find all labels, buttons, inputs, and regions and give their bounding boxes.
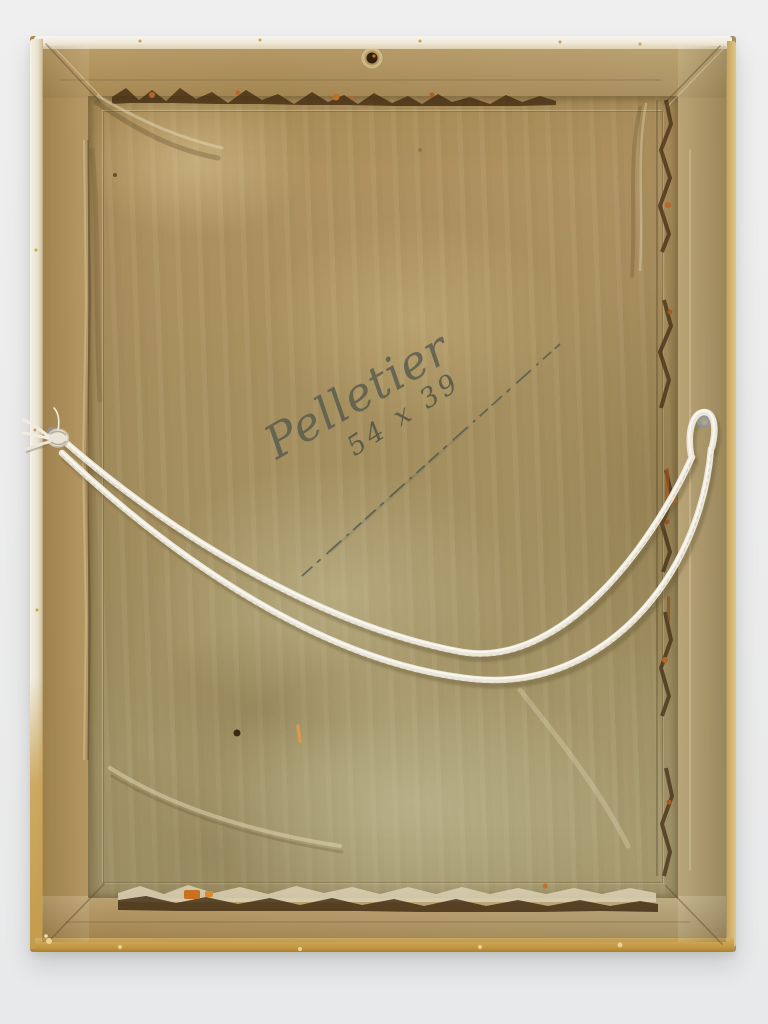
stretcher-crease bbox=[103, 111, 663, 883]
frame-outer-edge-bottom-gilt bbox=[35, 938, 734, 952]
frame-outer-edge-left-gilt bbox=[30, 676, 43, 949]
backing-paper bbox=[88, 96, 678, 898]
photo-background: Pelletier 54 x 39 bbox=[0, 0, 768, 1024]
frame-rail-left bbox=[42, 46, 89, 942]
frame-outer-edge-right-gilt bbox=[727, 41, 736, 947]
frame-rail-bottom bbox=[42, 896, 726, 942]
picture-frame-back bbox=[30, 36, 736, 952]
frame-rail-right bbox=[678, 46, 726, 942]
frame-outer-edge-top bbox=[34, 36, 732, 49]
frame-rail-top bbox=[42, 46, 726, 98]
